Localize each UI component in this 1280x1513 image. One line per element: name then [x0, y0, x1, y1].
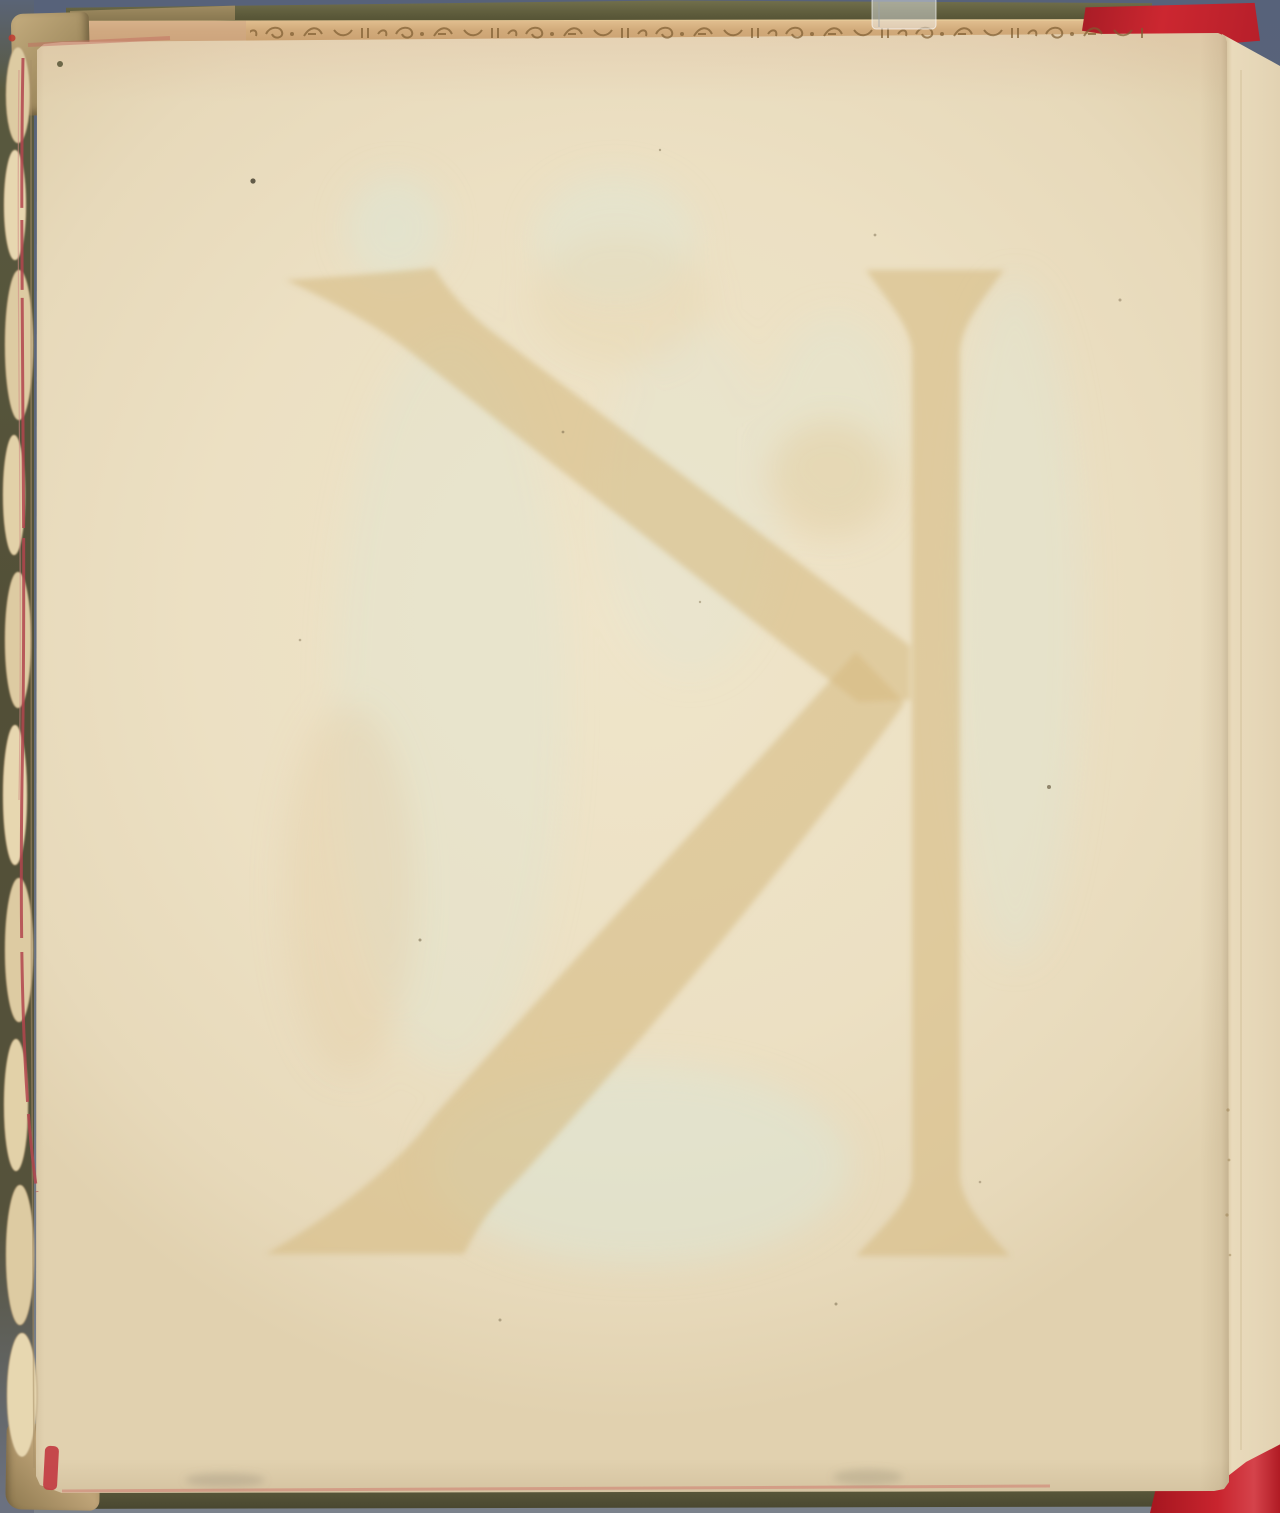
photo-scene — [0, 0, 1280, 1513]
left-cover-and-spine-edge — [0, 0, 34, 1513]
blank-verso-page — [28, 30, 1230, 1493]
fore-edge-crease — [1240, 70, 1242, 1450]
fore-edge-page-stack — [1222, 34, 1280, 1486]
